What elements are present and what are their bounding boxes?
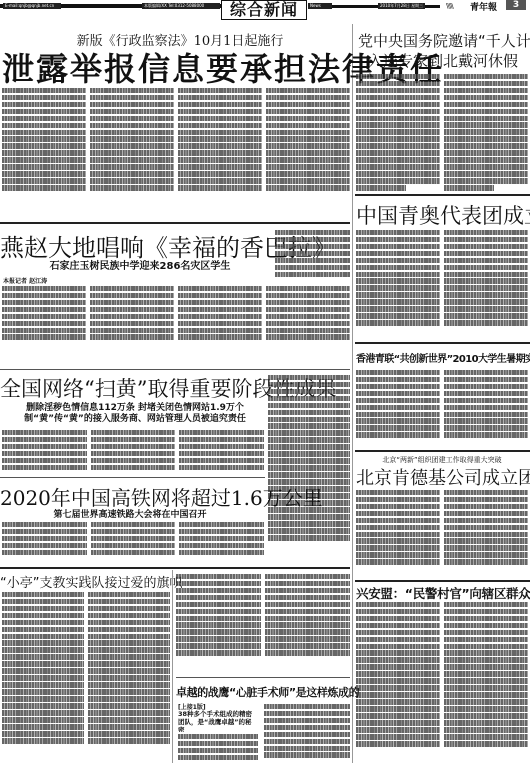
section-rule bbox=[0, 477, 265, 478]
article-body bbox=[176, 572, 350, 672]
article-subheadline: 入选专家到北戴河休假 bbox=[358, 50, 528, 71]
article-body bbox=[356, 488, 528, 576]
article-body bbox=[356, 228, 528, 336]
section-rule bbox=[0, 369, 350, 370]
article-headline: 全国网络“扫黄”取得重要阶段性成果 bbox=[0, 373, 265, 403]
section-rule bbox=[355, 194, 530, 196]
article-headline: 党中央国务院邀请“千人计划” bbox=[358, 30, 528, 51]
article-body bbox=[268, 373, 350, 563]
article-headline: “小亭”支教实践队接过爱的旗帜 bbox=[0, 572, 172, 591]
article-body bbox=[178, 732, 258, 762]
article-subheadline: 石家庄玉树民族中学迎来286名灾区学生 bbox=[30, 257, 250, 272]
section-rule bbox=[0, 222, 350, 224]
article-headline: 中国青奥代表团成立 bbox=[356, 200, 528, 230]
masthead-editor: 本版编辑/XX Tel:0312-5088000 bbox=[142, 3, 220, 9]
article-body bbox=[2, 86, 350, 198]
sidebar-body bbox=[275, 228, 350, 282]
news-label: News bbox=[308, 3, 332, 9]
masthead-email: E-mail:qnjb@qnjb.net.cn bbox=[3, 3, 61, 9]
article-body bbox=[2, 520, 264, 564]
article-headline: 卓越的战鹰“心脏手术师”是这样炼成的 bbox=[176, 684, 350, 700]
article-body bbox=[356, 600, 528, 762]
article-subheadline: 制“黄”传“黄”的接入服务商、网站管理人员被追究责任 bbox=[20, 411, 250, 424]
article-body bbox=[2, 590, 170, 762]
stripes-decoration: \\\\\ bbox=[446, 2, 453, 10]
article-subheadline: 第七届世界高速铁路大会将在中国召开 bbox=[20, 507, 240, 520]
article-body bbox=[2, 284, 350, 346]
article-lead-text: 38种多个手术组成的精密团队，是“战鹰卓越”的秘密 bbox=[178, 710, 258, 732]
section-rule bbox=[0, 567, 350, 569]
article-body bbox=[356, 72, 528, 194]
newspaper-logo: 青年報 bbox=[470, 0, 497, 13]
section-title: 综合新闻 bbox=[221, 0, 307, 20]
article-headline: 香港青联“共创新世界”2010大学生暑期实习结束 bbox=[356, 350, 528, 365]
article-body bbox=[264, 702, 350, 762]
masthead-date: 2010年7月28日 星期三 bbox=[378, 3, 425, 9]
article-headline: 北京肯德基公司成立团委 bbox=[356, 464, 528, 490]
section-rule bbox=[355, 580, 530, 582]
column-divider bbox=[172, 570, 173, 763]
article-headline: 泄露举报信息要承担法律责任 bbox=[2, 44, 352, 90]
section-rule bbox=[176, 677, 350, 678]
article-body bbox=[2, 428, 264, 474]
page-number: 3 bbox=[506, 0, 526, 10]
section-rule bbox=[355, 450, 530, 452]
article-lead: 38种多个手术组成的精密团队，是“战鹰卓越”的秘密 bbox=[178, 710, 258, 732]
section-rule bbox=[355, 342, 530, 344]
masthead: E-mail:qnjb@qnjb.net.cn 本版编辑/XX Tel:0312… bbox=[0, 0, 530, 12]
article-body bbox=[356, 368, 528, 446]
column-divider bbox=[352, 24, 353, 763]
